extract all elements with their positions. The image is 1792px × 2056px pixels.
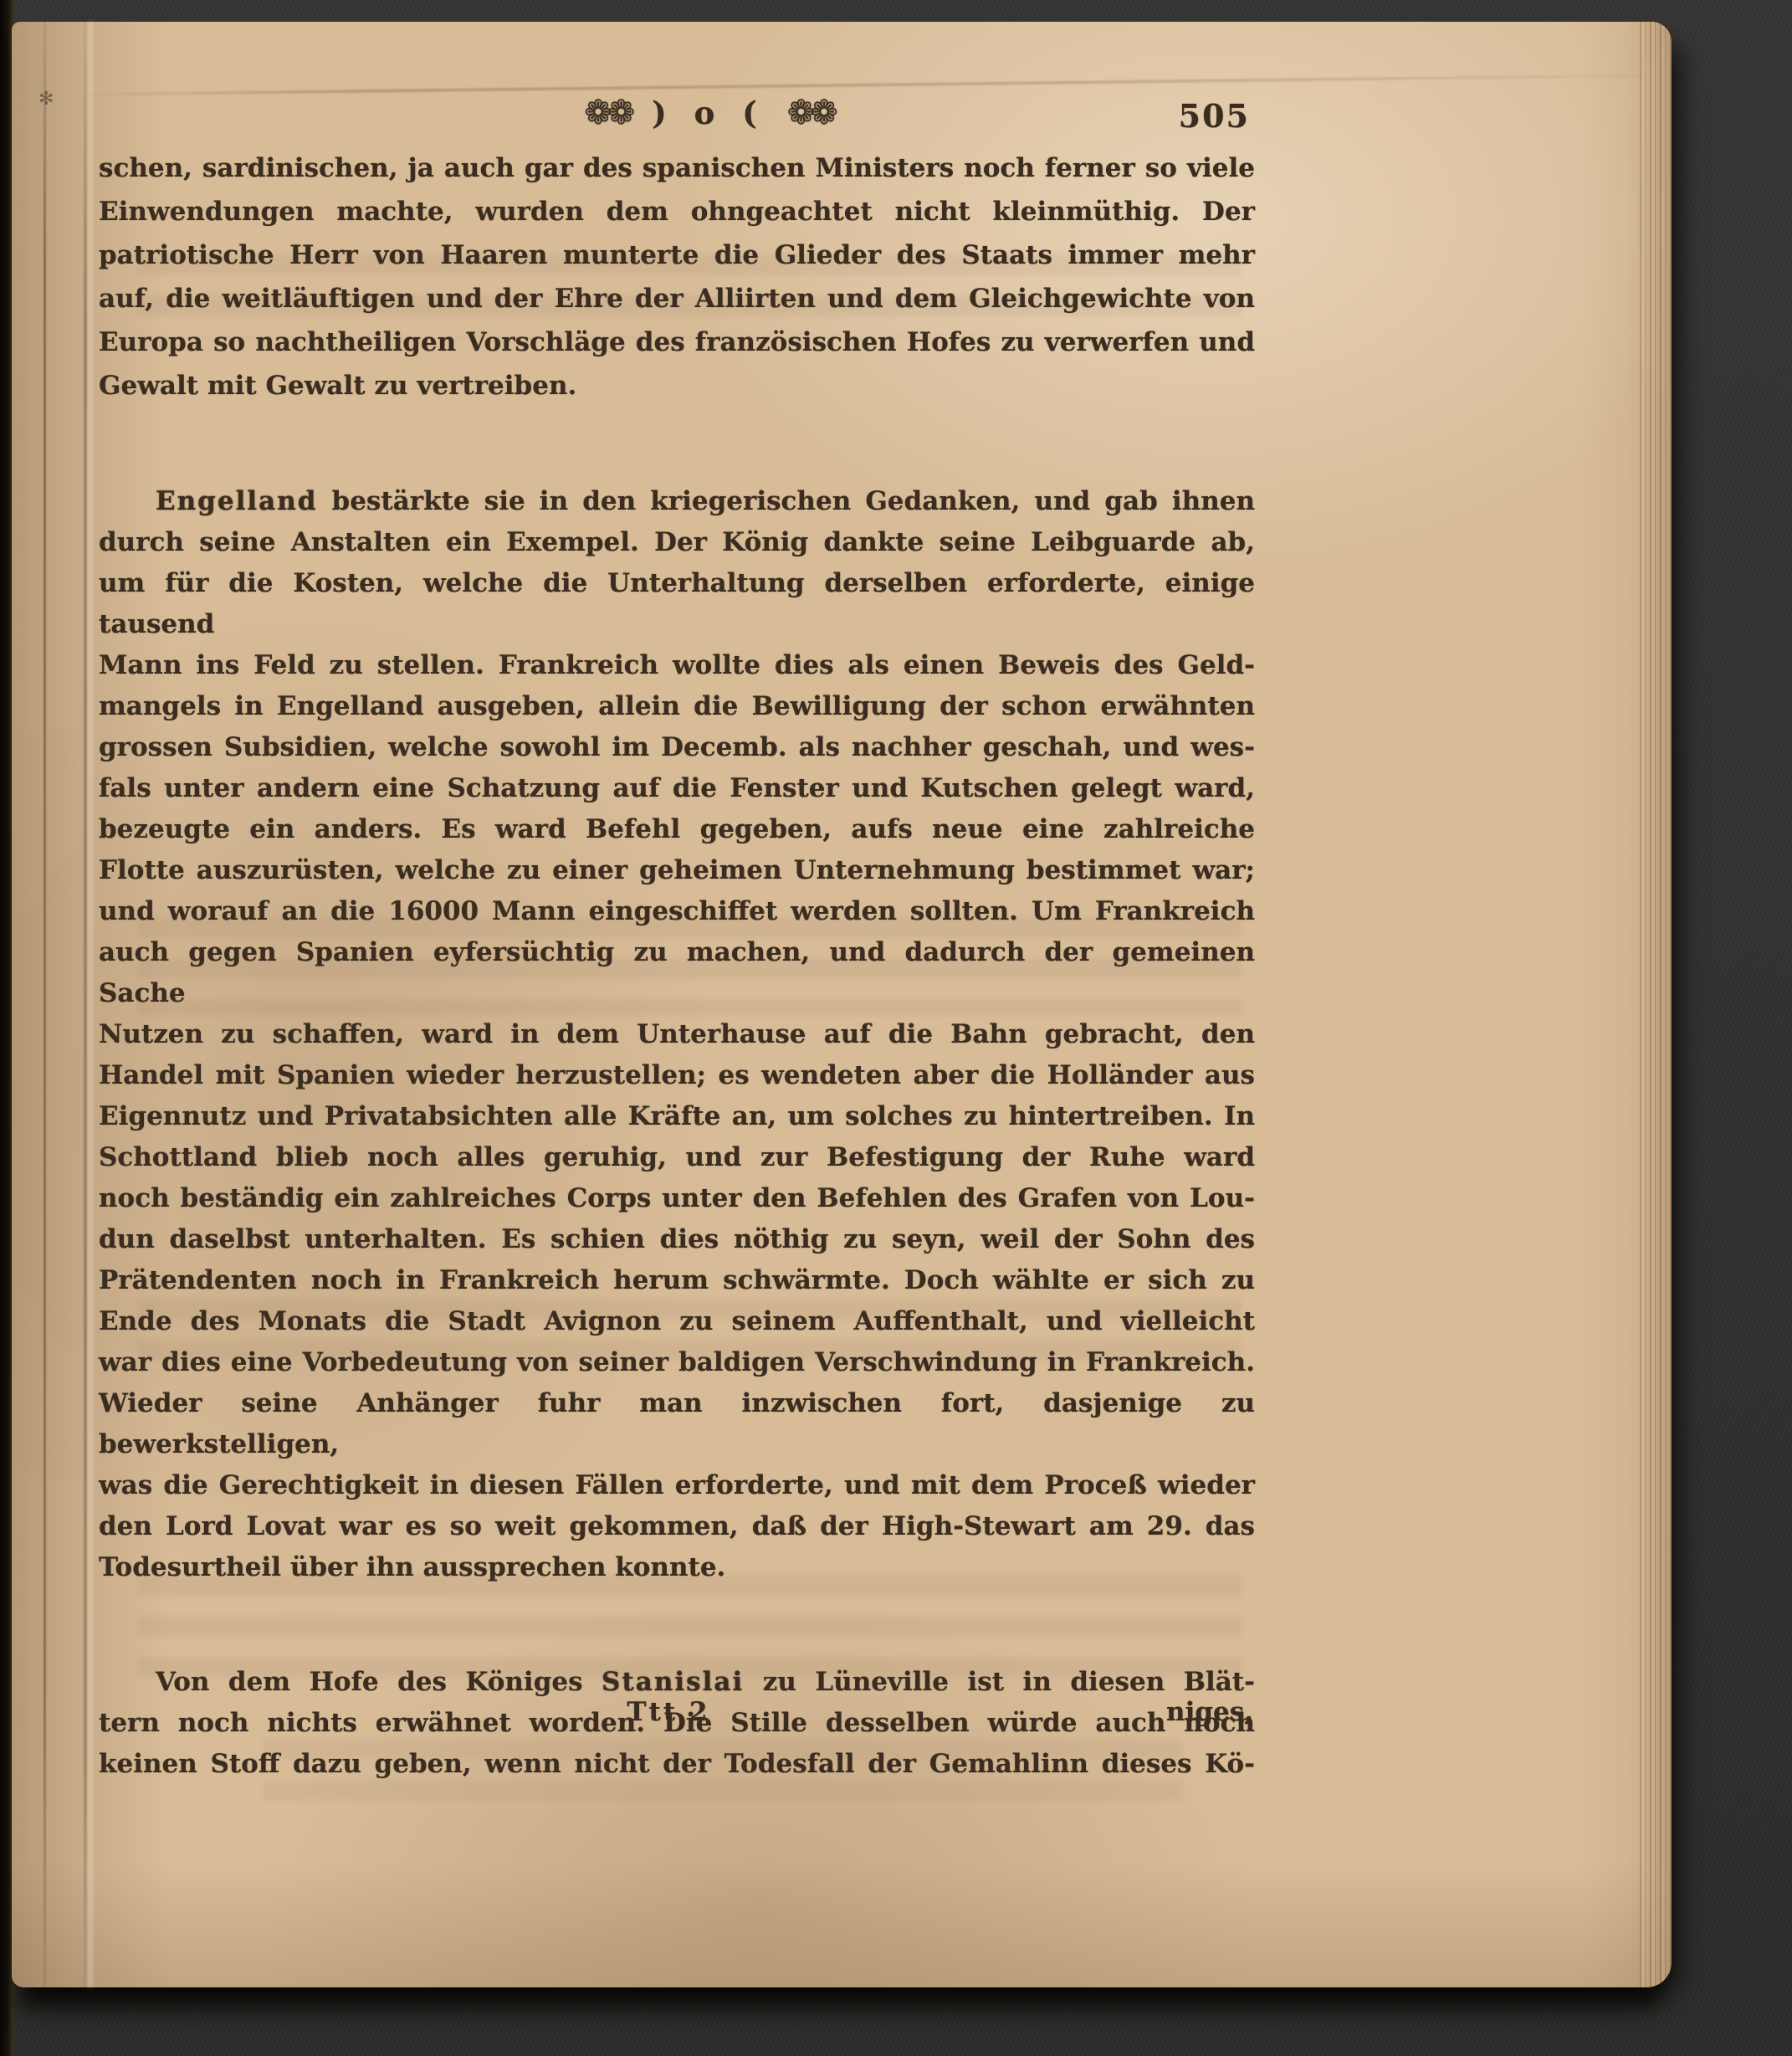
- text-segment: auch gegen Spanien eyfersüchtig zu mache…: [99, 937, 1255, 1008]
- text-line: Eigennutz und Privatabsichten alle Kräft…: [99, 1096, 1255, 1137]
- emphasized-word: Stanislai: [602, 1667, 744, 1697]
- text-line: Nutzen zu schaffen, ward in dem Unterhau…: [99, 1014, 1255, 1055]
- text-line: Wieder seine Anhänger fuhr man inzwische…: [99, 1383, 1255, 1465]
- book-page: ✻ ❁❁ ) o ( ❁❁ 505 schen, sardinischen, j…: [12, 22, 1672, 1987]
- text-line: was die Gerechtigkeit in diesen Fällen e…: [99, 1465, 1255, 1506]
- text-segment: Prätendenten noch in Frankreich herum sc…: [99, 1265, 1255, 1295]
- text-segment: Todesurtheil über ihn aussprechen konnte…: [99, 1552, 725, 1582]
- text-line: und worauf an die 16000 Mann eingeschiff…: [99, 891, 1255, 932]
- text-line: war dies eine Vorbedeutung von seiner ba…: [99, 1342, 1255, 1383]
- text-line: Gewalt mit Gewalt zu vertreiben.: [99, 364, 1255, 408]
- text-segment: und worauf an die 16000 Mann eingeschiff…: [99, 896, 1255, 926]
- text-line: schen, sardinischen, ja auch gar des spa…: [99, 146, 1255, 190]
- emphasized-word: Engelland: [156, 486, 317, 516]
- text-line: Einwendungen machte, wurden dem ohngeach…: [99, 190, 1255, 233]
- text-line: Europa so nachtheiligen Vorschläge des f…: [99, 320, 1255, 364]
- catchword: niges,: [1166, 1697, 1253, 1727]
- text-segment: bestärkte sie in den kriegerischen Gedan…: [317, 486, 1255, 516]
- text-segment: Wieder seine Anhänger fuhr man inzwische…: [99, 1388, 1255, 1459]
- scanner-backdrop: ✻ ❁❁ ) o ( ❁❁ 505 schen, sardinischen, j…: [0, 0, 1792, 2056]
- page-header: ❁❁ ) o ( ❁❁ 505: [99, 94, 1255, 142]
- text-line: den Lord Lovat war es so weit gekommen, …: [99, 1506, 1255, 1547]
- page-text: schen, sardinischen, ja auch gar des spa…: [99, 146, 1255, 1785]
- text-segment: Gewalt mit Gewalt zu vertreiben.: [99, 371, 576, 401]
- text-segment: Europa so nachtheiligen Vorschläge des f…: [99, 327, 1255, 357]
- text-line: keinen Stoff dazu geben, wenn nicht der …: [99, 1744, 1255, 1785]
- text-segment: auf, die weitläuftigen und der Ehre der …: [99, 284, 1255, 314]
- text-segment: Mann ins Feld zu stellen. Frankreich wol…: [99, 650, 1255, 680]
- text-line: Engelland bestärkte sie in den kriegeris…: [99, 481, 1255, 522]
- text-segment: den Lord Lovat war es so weit gekommen, …: [99, 1511, 1255, 1541]
- text-line: noch beständig ein zahlreiches Corps unt…: [99, 1178, 1255, 1219]
- page-number: 505: [1179, 97, 1250, 135]
- text-segment: Schottland blieb noch alles geruhig, und…: [99, 1142, 1255, 1172]
- text-segment: um für die Kosten, welche die Unterhaltu…: [99, 568, 1255, 639]
- text-line: bezeugte ein anders. Es ward Befehl gege…: [99, 809, 1255, 850]
- text-line: auch gegen Spanien eyfersüchtig zu mache…: [99, 932, 1255, 1014]
- text-line: Ende des Monats die Stadt Avignon zu sei…: [99, 1301, 1255, 1342]
- paragraph: schen, sardinischen, ja auch gar des spa…: [99, 146, 1255, 408]
- text-segment: Nutzen zu schaffen, ward in dem Unterhau…: [99, 1019, 1255, 1049]
- text-line: Todesurtheil über ihn aussprechen konnte…: [99, 1547, 1255, 1588]
- text-line: grossen Subsidien, welche sowohl im Dece…: [99, 727, 1255, 768]
- text-segment: Handel mit Spanien wieder herzustellen; …: [99, 1060, 1255, 1090]
- text-segment: Ende des Monats die Stadt Avignon zu sei…: [99, 1306, 1255, 1336]
- text-line: auf, die weitläuftigen und der Ehre der …: [99, 277, 1255, 320]
- paragraph: Engelland bestärkte sie in den kriegeris…: [99, 481, 1255, 1588]
- text-segment: Einwendungen machte, wurden dem ohngeach…: [99, 197, 1255, 227]
- text-segment: war dies eine Vorbedeutung von seiner ba…: [99, 1347, 1255, 1377]
- text-segment: was die Gerechtigkeit in diesen Fällen e…: [99, 1470, 1255, 1500]
- printed-content: ❁❁ ) o ( ❁❁ 505 schen, sardinischen, ja …: [12, 22, 1672, 1987]
- text-line: patriotische Herr von Haaren munterte di…: [99, 233, 1255, 277]
- text-segment: keinen Stoff dazu geben, wenn nicht der …: [99, 1749, 1255, 1779]
- text-segment: Von dem Hofe des Königes: [156, 1667, 602, 1697]
- text-line: mangels in Engelland ausgeben, allein di…: [99, 686, 1255, 727]
- text-segment: grossen Subsidien, welche sowohl im Dece…: [99, 732, 1255, 762]
- text-line: Handel mit Spanien wieder herzustellen; …: [99, 1055, 1255, 1096]
- text-line: Flotte auszurüsten, welche zu einer gehe…: [99, 850, 1255, 891]
- text-line: um für die Kosten, welche die Unterhaltu…: [99, 563, 1255, 645]
- text-segment: schen, sardinischen, ja auch gar des spa…: [99, 153, 1255, 183]
- text-segment: Eigennutz und Privatabsichten alle Kräft…: [99, 1101, 1255, 1131]
- text-segment: dun daselbst unterhalten. Es schien dies…: [99, 1224, 1255, 1254]
- text-segment: durch seine Anstalten ein Exempel. Der K…: [99, 527, 1255, 557]
- text-line: durch seine Anstalten ein Exempel. Der K…: [99, 522, 1255, 563]
- text-segment: fals unter andern eine Schatzung auf die…: [99, 773, 1255, 803]
- text-line: dun daselbst unterhalten. Es schien dies…: [99, 1219, 1255, 1260]
- header-ornament-group: ❁❁ ) o ( ❁❁: [584, 94, 833, 132]
- printer-ornament-left-icon: ❁❁: [584, 94, 630, 132]
- text-segment: mangels in Engelland ausgeben, allein di…: [99, 691, 1255, 721]
- text-segment: patriotische Herr von Haaren munterte di…: [99, 240, 1255, 270]
- text-line: Prätendenten noch in Frankreich herum sc…: [99, 1260, 1255, 1301]
- printer-ornament-right-icon: ❁❁: [787, 94, 833, 132]
- header-divider: ) o (: [652, 95, 765, 131]
- text-segment: bezeugte ein anders. Es ward Befehl gege…: [99, 814, 1255, 844]
- page-footer: Ttt 2 niges,: [99, 1697, 1255, 1741]
- text-line: Schottland blieb noch alles geruhig, und…: [99, 1137, 1255, 1178]
- text-line: Mann ins Feld zu stellen. Frankreich wol…: [99, 645, 1255, 686]
- text-segment: zu Lüneville ist in diesen Blät-: [744, 1667, 1255, 1697]
- text-segment: noch beständig ein zahlreiches Corps unt…: [99, 1183, 1255, 1213]
- text-segment: Flotte auszurüsten, welche zu einer gehe…: [99, 855, 1255, 885]
- text-line: fals unter andern eine Schatzung auf die…: [99, 768, 1255, 809]
- signature-mark: Ttt 2: [627, 1697, 709, 1727]
